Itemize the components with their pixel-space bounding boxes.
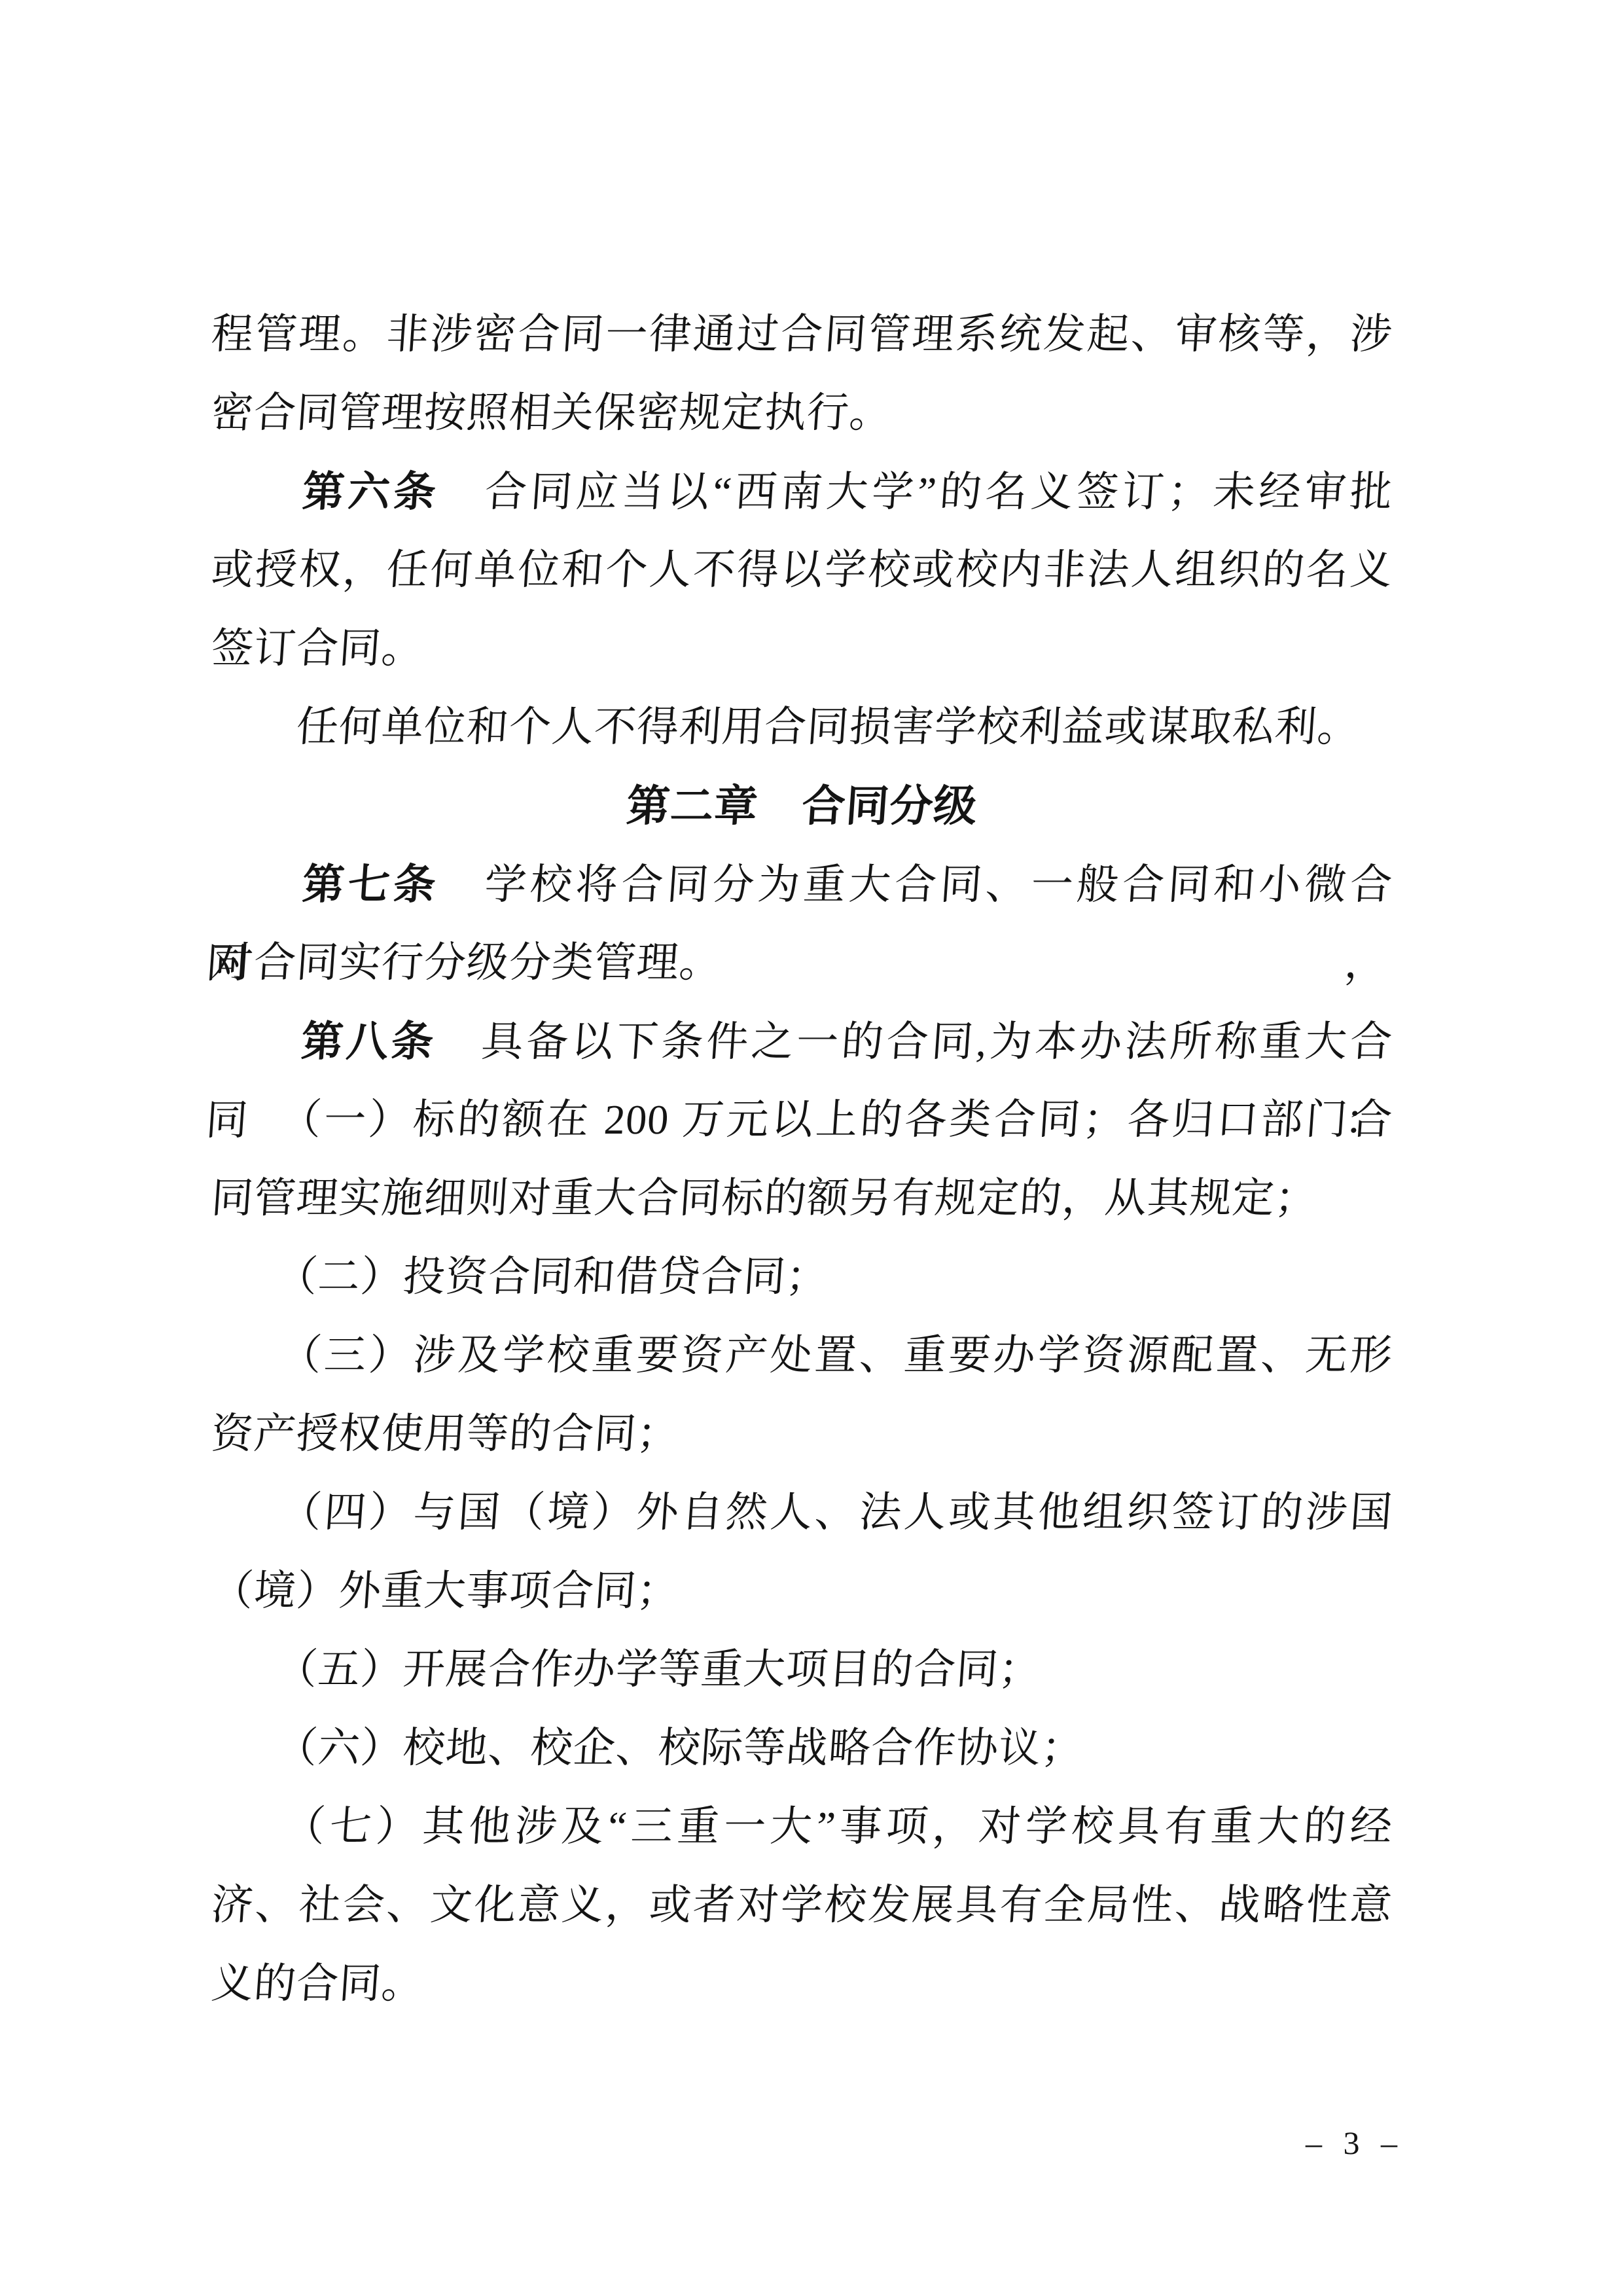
document-line: （二）投资合同和借贷合同； <box>209 1238 1395 1316</box>
page-number: – 3 – <box>1306 2124 1404 2162</box>
body-text: 签订合同。 <box>210 625 426 672</box>
document-line: 任何单位和个人不得利用合同损害学校利益或谋取私利。 <box>209 688 1395 766</box>
body-text: （五）开展合作办学等重大项目的合同； <box>210 1646 1043 1693</box>
article-number: 第八条 <box>300 1018 438 1065</box>
body-text: （七）其他涉及“三重一大”事项，对学校具有重大的经 <box>210 1803 1395 1850</box>
body-text: （境）外重大事项合同； <box>210 1568 681 1614</box>
document-line: 同管理实施细则对重大合同标的额另有规定的，从其规定； <box>209 1159 1395 1238</box>
body-text: 同管理实施细则对重大合同标的额另有规定的，从其规定； <box>210 1175 1319 1221</box>
body-text <box>209 469 304 515</box>
document-line: 密合同管理按照相关保密规定执行。 <box>209 374 1395 452</box>
article-number: 第二章 合同分级 <box>625 781 979 830</box>
body-text: 合同应当以“西南大学”的名义签订；未经审批 <box>438 469 1395 515</box>
body-text <box>209 861 304 908</box>
document-line: （六）校地、校企、校际等战略合作协议； <box>209 1709 1395 1787</box>
article-number: 第七条 <box>301 861 441 908</box>
body-text: （四）与国（境）外自然人、法人或其他组织签订的涉国 <box>210 1489 1395 1535</box>
document-line: 程管理。非涉密合同一律通过合同管理系统发起、审核等，涉 <box>209 295 1395 374</box>
document-line: 对合同实行分级分类管理。 <box>209 924 1395 1002</box>
body-text: （二）投资合同和借贷合同； <box>210 1253 830 1300</box>
document-page: 程管理。非涉密合同一律通过合同管理系统发起、审核等，涉密合同管理按照相关保密规定… <box>0 0 1623 2296</box>
document-line: 第七条 学校将合同分为重大合同、一般合同和小微合同， <box>209 845 1395 924</box>
document-line: （七）其他涉及“三重一大”事项，对学校具有重大的经 <box>209 1787 1395 1866</box>
document-line: （五）开展合作办学等重大项目的合同； <box>209 1630 1395 1709</box>
document-line: （三）涉及学校重要资产处置、重要办学资源配置、无形 <box>209 1316 1395 1395</box>
body-text: （三）涉及学校重要资产处置、重要办学资源配置、无形 <box>210 1332 1395 1378</box>
body-text: 济、社会、文化意义，或者对学校发展具有全局性、战略性意 <box>210 1882 1395 1928</box>
document-line: （境）外重大事项合同； <box>209 1552 1395 1630</box>
body-text: （一）标的额在 200 万元以上的各类合同；各归口部门合 <box>210 1096 1395 1143</box>
document-line: （四）与国（境）外自然人、法人或其他组织签订的涉国 <box>209 1473 1395 1552</box>
body-text: 任何单位和个人不得利用合同损害学校利益或谋取私利。 <box>210 704 1362 750</box>
body-text: 对合同实行分级分类管理。 <box>210 939 724 986</box>
document-line: 第六条 合同应当以“西南大学”的名义签订；未经审批 <box>209 452 1395 531</box>
document-line: 第八条 具备以下条件之一的合同,为本办法所称重大合同： <box>209 1002 1395 1081</box>
document-line: 或授权，任何单位和个人不得以学校或校内非法人组织的名义 <box>209 531 1395 609</box>
body-text: 程管理。非涉密合同一律通过合同管理系统发起、审核等，涉 <box>210 311 1395 357</box>
body-text: 义的合同。 <box>210 1960 426 2007</box>
body-text: 密合同管理按照相关保密规定执行。 <box>210 389 894 436</box>
document-line: 第二章 合同分级 <box>209 766 1395 845</box>
text-block: 程管理。非涉密合同一律通过合同管理系统发起、审核等，涉密合同管理按照相关保密规定… <box>211 295 1393 2023</box>
document-line: 签订合同。 <box>209 609 1395 688</box>
body-text: 资产授权使用等的合同； <box>210 1410 681 1457</box>
document-line: 济、社会、文化意义，或者对学校发展具有全局性、战略性意 <box>209 1866 1395 1945</box>
article-number: 第六条 <box>301 468 441 515</box>
document-line: 资产授权使用等的合同； <box>209 1395 1395 1473</box>
document-line: 义的合同。 <box>209 1945 1395 2023</box>
body-text: 或授权，任何单位和个人不得以学校或校内非法人组织的名义 <box>210 547 1395 593</box>
document-line: （一）标的额在 200 万元以上的各类合同；各归口部门合 <box>209 1081 1395 1159</box>
body-text <box>209 1018 303 1065</box>
body-text: （六）校地、校企、校际等战略合作协议； <box>210 1725 1086 1771</box>
